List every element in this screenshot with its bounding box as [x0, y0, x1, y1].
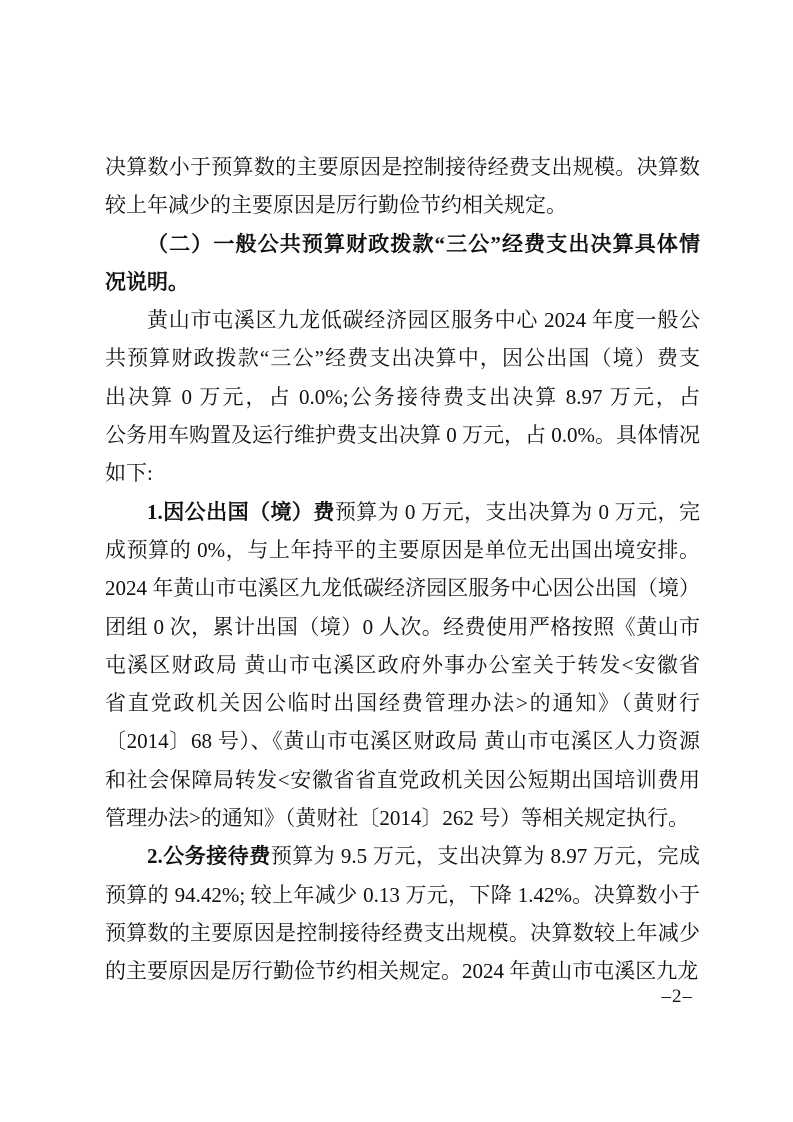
text-segment: 预算的 94.42%; 较上年减少 0.13 万元，下降 1.42%。决算数小于 — [105, 883, 700, 907]
text-segment: 2024 年黄山市屯溪区九龙低碳经济园区服务中心因公出国（境） — [105, 576, 700, 600]
bold-text-segment: 况说明。 — [105, 270, 189, 294]
text-segment: 黄山市屯溪区九龙低碳经济园区服务中心 2024 年度一般公 — [147, 308, 700, 332]
page-number: –2– — [662, 986, 694, 1008]
text-segment: 预算为 0 万元，支出决算为 0 万元，完 — [335, 500, 700, 524]
text-segment: 共预算财政拨款“三公”经费支出决算中，因公出国（境）费支 — [105, 346, 700, 370]
text-segment: 和社会保障局转发<安徽省省直党政机关因公短期出国培训费用 — [105, 768, 700, 792]
text-segment: 预算为 9.5 万元，支出决算为 8.97 万元，完成 — [271, 844, 700, 868]
bold-text-segment: 2.公务接待费 — [147, 844, 271, 868]
text-segment: 出决算 0 万元，占 0.0%;公务接待费支出决算 8.97 万元，占 100%… — [105, 385, 700, 416]
text-segment: 团组 0 次，累计出国（境）0 人次。经费使用严格按照《黄山市 — [105, 615, 700, 639]
text-segment: 较上年减少的主要原因是厉行勤俭节约相关规定。 — [105, 193, 567, 217]
text-segment: 如下: — [105, 461, 153, 485]
text-line: 2.公务接待费预算为 9.5 万元，支出决算为 8.97 万元，完成 — [105, 837, 700, 875]
text-line: 决算数小于预算数的主要原因是控制接待经费支出规模。决算数 — [105, 148, 700, 186]
document-body: 决算数小于预算数的主要原因是控制接待经费支出规模。决算数较上年减少的主要原因是厉… — [105, 148, 700, 991]
text-line: 如下: — [105, 454, 700, 492]
text-line: 预算数的主要原因是控制接待经费支出规模。决算数较上年减少 — [105, 914, 700, 952]
text-segment: 屯溪区财政局 黄山市屯溪区政府外事办公室关于转发<安徽省 — [105, 653, 700, 677]
text-line: 和社会保障局转发<安徽省省直党政机关因公短期出国培训费用 — [105, 761, 700, 799]
text-line: 共预算财政拨款“三公”经费支出决算中，因公出国（境）费支 — [105, 339, 700, 377]
bold-text-segment: （二）一般公共预算财政拨款“三公”经费支出决算具体情 — [147, 232, 700, 256]
text-line: 2024 年黄山市屯溪区九龙低碳经济园区服务中心因公出国（境） — [105, 569, 700, 607]
text-line: 黄山市屯溪区九龙低碳经济园区服务中心 2024 年度一般公 — [105, 301, 700, 339]
text-line: 成预算的 0%，与上年持平的主要原因是单位无出国出境安排。 — [105, 531, 700, 569]
text-segment: 管理办法>的通知》（黄财社〔2014〕262 号）等相关规定执行。 — [105, 806, 689, 830]
text-line: （二）一般公共预算财政拨款“三公”经费支出决算具体情 — [105, 225, 700, 263]
text-segment: 公务用车购置及运行维护费支出决算 0 万元，占 0.0%。具体情况 — [105, 423, 700, 447]
text-line: 省直党政机关因公临时出国经费管理办法>的通知》（黄财行 — [105, 684, 700, 722]
document-page: 决算数小于预算数的主要原因是控制接待经费支出规模。决算数较上年减少的主要原因是厉… — [0, 0, 793, 1122]
text-line: 预算的 94.42%; 较上年减少 0.13 万元，下降 1.42%。决算数小于 — [105, 876, 700, 914]
text-segment: 预算数的主要原因是控制接待经费支出规模。决算数较上年减少 — [105, 921, 700, 945]
text-line: 出决算 0 万元，占 0.0%;公务接待费支出决算 8.97 万元，占 100%… — [105, 378, 700, 416]
text-line: 的主要原因是厉行勤俭节约相关规定。2024 年黄山市屯溪区九龙 — [105, 952, 700, 990]
text-line: 屯溪区财政局 黄山市屯溪区政府外事办公室关于转发<安徽省 — [105, 646, 700, 684]
text-line: 团组 0 次，累计出国（境）0 人次。经费使用严格按照《黄山市 — [105, 608, 700, 646]
text-segment: 〔2014〕68 号）、《黄山市屯溪区财政局 黄山市屯溪区人力资源 — [105, 729, 700, 753]
bold-text-segment: 1.因公出国（境）费 — [147, 500, 335, 524]
text-segment: 成预算的 0%，与上年持平的主要原因是单位无出国出境安排。 — [105, 538, 700, 562]
text-line: 公务用车购置及运行维护费支出决算 0 万元，占 0.0%。具体情况 — [105, 416, 700, 454]
text-segment: 的主要原因是厉行勤俭节约相关规定。2024 年黄山市屯溪区九龙 — [105, 959, 698, 983]
text-segment: 省直党政机关因公临时出国经费管理办法>的通知》（黄财行 — [105, 691, 700, 715]
text-segment: 决算数小于预算数的主要原因是控制接待经费支出规模。决算数 — [105, 155, 700, 179]
text-line: 况说明。 — [105, 263, 700, 301]
text-line: 管理办法>的通知》（黄财社〔2014〕262 号）等相关规定执行。 — [105, 799, 700, 837]
text-line: 1.因公出国（境）费预算为 0 万元，支出决算为 0 万元，完 — [105, 493, 700, 531]
text-line: 较上年减少的主要原因是厉行勤俭节约相关规定。 — [105, 186, 700, 224]
text-line: 〔2014〕68 号）、《黄山市屯溪区财政局 黄山市屯溪区人力资源 — [105, 722, 700, 760]
